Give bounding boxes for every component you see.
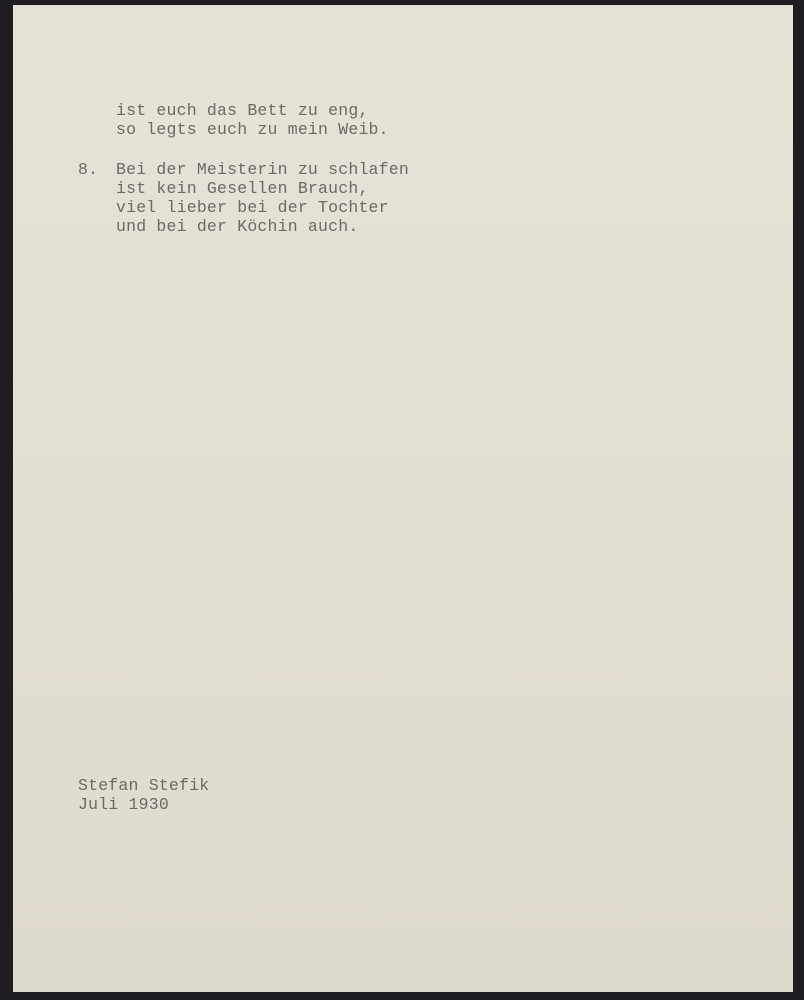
verse-line: ist euch das Bett zu eng, [116,101,369,120]
signature-author: Stefan Stefik [78,776,209,795]
verse-line: so legts euch zu mein Weib. [116,120,389,139]
typewritten-page: ist euch das Bett zu eng, so legts euch … [13,5,793,992]
stanza-number: 8. [78,160,98,179]
verse-line: und bei der Köchin auch. [116,217,358,236]
signature-date: Juli 1930 [78,795,169,814]
verse-line: viel lieber bei der Tochter [116,198,389,217]
verse-line: Bei der Meisterin zu schlafen [116,160,409,179]
verse-line: ist kein Gesellen Brauch, [116,179,369,198]
